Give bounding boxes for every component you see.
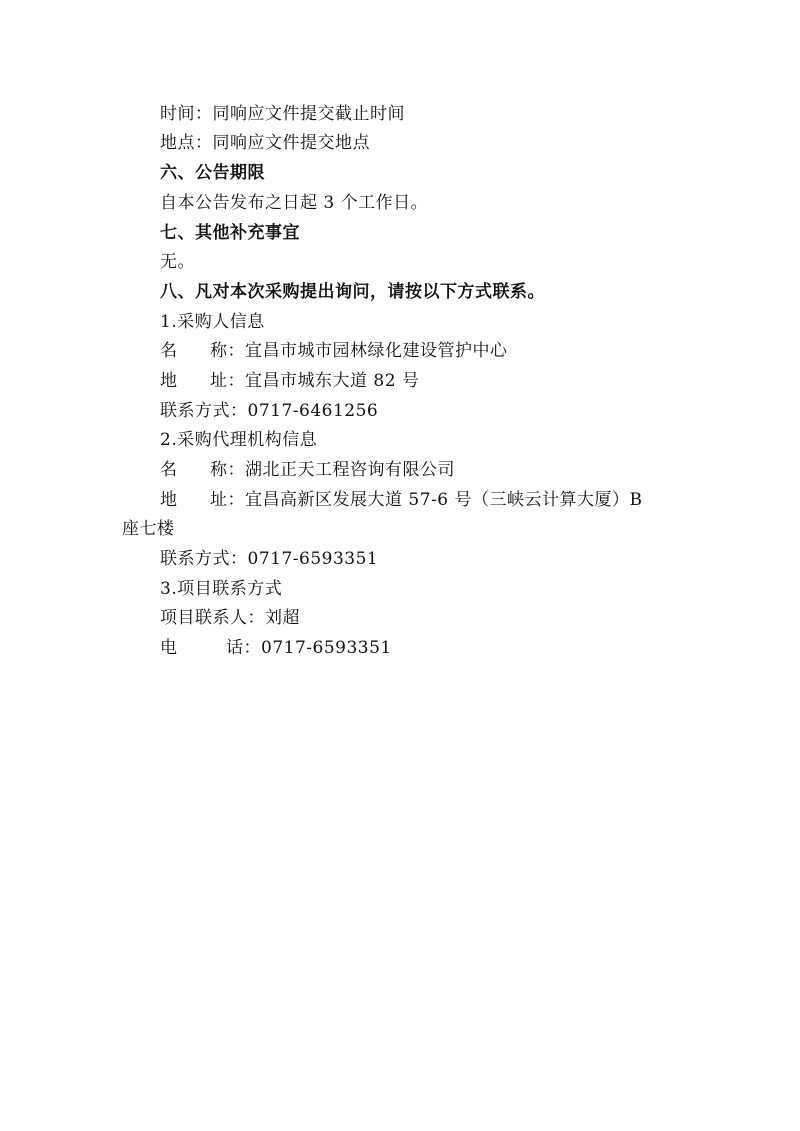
purchaser-address-row: 地址：宜昌市城东大道 82 号 — [160, 370, 419, 392]
agency-name-row: 名称：湖北正天工程咨询有限公司 — [160, 459, 455, 481]
purchaser-contact: 联系方式：0717-6461256 — [160, 400, 378, 422]
label-b: 称： — [210, 460, 245, 480]
agency-name: 湖北正天工程咨询有限公司 — [245, 460, 455, 480]
agency-address: 宜昌高新区发展大道 57-6 号（三峡云计算大厦）B — [245, 490, 643, 510]
purchaser-name: 宜昌市城市园林绿化建设管护中心 — [245, 341, 508, 361]
project-heading: 3.项目联系方式 — [160, 578, 282, 600]
project-phone-row: 电话：0717-6593351 — [160, 637, 392, 659]
section-7-heading: 七、其他补充事宜 — [160, 222, 300, 244]
label-b: 址： — [210, 490, 245, 510]
purchaser-address: 宜昌市城东大道 82 号 — [245, 371, 419, 391]
label-a: 地 — [160, 370, 210, 392]
supplement-text: 无。 — [160, 251, 195, 273]
label-a: 名 — [160, 340, 210, 362]
label-a: 名 — [160, 459, 210, 481]
section-8-heading: 八、凡对本次采购提出询问，请按以下方式联系。 — [160, 281, 545, 303]
label-b: 址： — [210, 371, 245, 391]
section-6-heading: 六、公告期限 — [160, 162, 265, 184]
agency-address-cont: 座七楼 — [122, 518, 175, 540]
label-a: 电 — [160, 637, 226, 659]
purchaser-heading: 1.采购人信息 — [160, 311, 265, 333]
time-line: 时间：同响应文件提交截止时间 — [160, 103, 405, 125]
purchaser-name-row: 名称：宜昌市城市园林绿化建设管护中心 — [160, 340, 508, 362]
agency-heading: 2.采购代理机构信息 — [160, 429, 317, 451]
label-b: 话： — [226, 638, 261, 658]
agency-contact: 联系方式：0717-6593351 — [160, 548, 378, 570]
notice-period-text: 自本公告发布之日起 3 个工作日。 — [160, 192, 428, 214]
location-line: 地点：同响应文件提交地点 — [160, 132, 370, 154]
label-b: 称： — [210, 341, 245, 361]
project-phone: 0717-6593351 — [261, 638, 392, 658]
project-person: 项目联系人：刘超 — [160, 607, 300, 629]
agency-address-row: 地址：宜昌高新区发展大道 57-6 号（三峡云计算大厦）B — [160, 489, 643, 511]
label-a: 地 — [160, 489, 210, 511]
